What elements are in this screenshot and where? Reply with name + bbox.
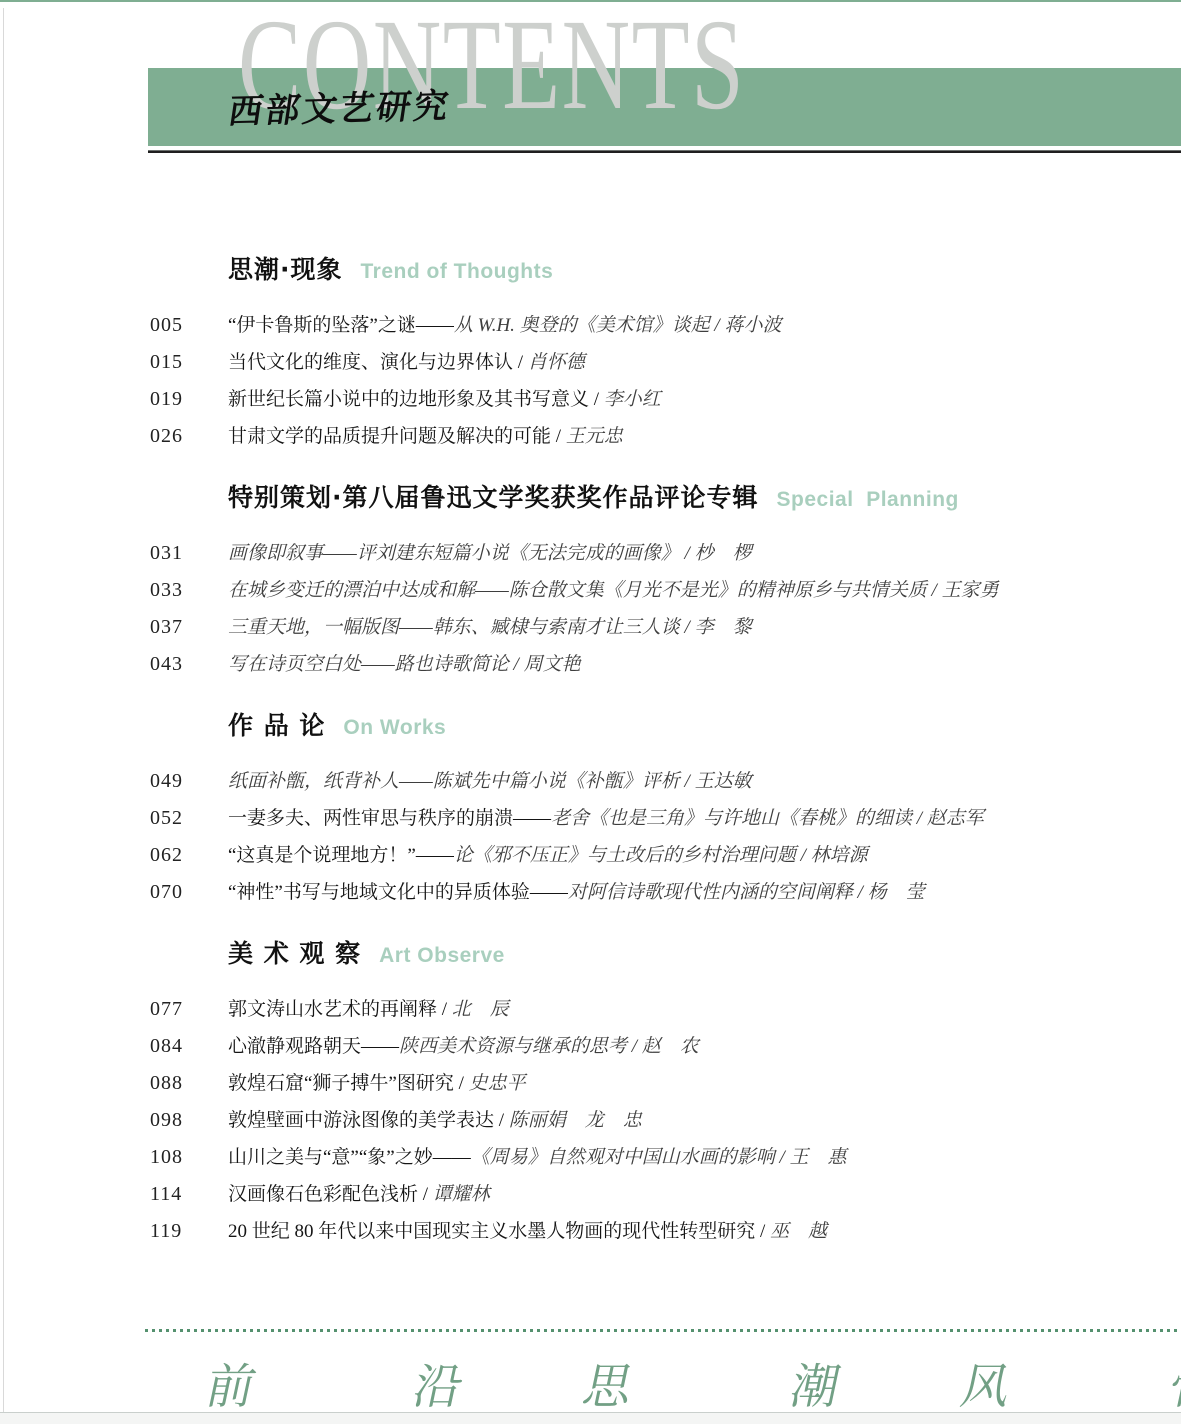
entry-title-segment: 20 世纪 80 年代以来中国现实主义水墨人物画的现代性转型研究 / (228, 1221, 770, 1242)
entry-title: 心澈静观路朝天——陕西美术资源与继承的思考 / 赵 农 (228, 1035, 699, 1058)
entry-title: 一妻多夫、两性审思与秩序的崩溃——老舍《也是三角》与许地山《春桃》的细读 / 赵… (228, 807, 984, 830)
section-title-en: On Works (343, 716, 446, 740)
entry-title: 山川之美与“意”“象”之妙——《周易》自然观对中国山水画的影响 / 王 惠 (228, 1146, 847, 1169)
entry-page-number: 037 (150, 616, 228, 639)
entry-page-number: 114 (150, 1183, 228, 1206)
entry-title-segment: 对阿信诗歌现代性内涵的空间阐释 / 杨 莹 (568, 882, 925, 903)
page-left-edge-line (3, 8, 4, 1424)
entry-page-number: 070 (150, 881, 228, 904)
entry-title-segment: 三重天地，一幅版图——韩东、臧棣与索南才让三人谈 / 李 黎 (228, 617, 752, 638)
toc-entry-row: 033 在城乡变迁的漂泊中达成和解——陈仓散文集《月光不是光》的精神原乡与共情关… (150, 579, 1160, 602)
toc-section: 思潮·现象 Trend of Thoughts 005 “伊卡鲁斯的坠落”之谜—… (150, 250, 1160, 448)
entry-title-segment: 新世纪长篇小说中的边地形象及其书写意义 / (228, 389, 604, 410)
toc-entry-row: 108 山川之美与“意”“象”之妙——《周易》自然观对中国山水画的影响 / 王 … (150, 1146, 1160, 1169)
entry-title-segment: 在城乡变迁的漂泊中达成和解——陈仓散文集《月光不是光》的精神原乡与共情关质 / … (228, 580, 999, 601)
entry-title-segment: 老舍《也是三角》与许地山《春桃》的细读 / 赵志军 (551, 808, 984, 829)
toc-entry-row: 098 敦煌壁画中游泳图像的美学表达 / 陈丽娟 龙 忠 (150, 1109, 1160, 1132)
entry-title-segment: 李小红 (604, 389, 661, 410)
section-title-cn: 特别策划·第八届鲁迅文学奖获奖作品评论专辑 (228, 478, 759, 514)
section-header: 思潮·现象 Trend of Thoughts (228, 250, 1160, 286)
section-title-cn: 美 术 观 察 (228, 934, 361, 970)
entry-title-segment: 北 辰 (452, 999, 509, 1020)
entry-title: 三重天地，一幅版图——韩东、臧棣与索南才让三人谈 / 李 黎 (228, 616, 752, 639)
entry-page-number: 033 (150, 579, 228, 602)
entry-title-segment: 郭文涛山水艺术的再阐释 / (228, 999, 452, 1020)
entry-title-segment: 汉画像石色彩配色浅析 / (228, 1184, 433, 1205)
entry-title-segment: 敦煌壁画中游泳图像的美学表达 / (228, 1110, 509, 1131)
section-entries: 005 “伊卡鲁斯的坠落”之谜——从 W.H. 奥登的《美术馆》谈起 / 蒋小波… (150, 314, 1160, 448)
toc-entry-row: 062 “这真是个说理地方！”——论《邪不压正》与土改后的乡村治理问题 / 林培… (150, 844, 1160, 867)
toc-entry-row: 019 新世纪长篇小说中的边地形象及其书写意义 / 李小红 (150, 388, 1160, 411)
toc: 思潮·现象 Trend of Thoughts 005 “伊卡鲁斯的坠落”之谜—… (150, 250, 1160, 1257)
entry-title-segment: 画像即叙事——评刘建东短篇小说《无法完成的画像》 / 杪 椤 (228, 543, 752, 564)
entry-title: 郭文涛山水艺术的再阐释 / 北 辰 (228, 998, 509, 1021)
toc-entry-row: 026 甘肃文学的品质提升问题及解决的可能 / 王元忠 (150, 425, 1160, 448)
entry-title-segment: 陈丽娟 龙 忠 (509, 1110, 642, 1131)
entry-title-segment: 甘肃文学的品质提升问题及解决的可能 / (228, 426, 566, 447)
journal-contents-page: CONTENTS 西部文艺研究 思潮·现象 Trend of Thoughts … (0, 0, 1181, 1424)
toc-entry-row: 037 三重天地，一幅版图——韩东、臧棣与索南才让三人谈 / 李 黎 (150, 616, 1160, 639)
toc-entry-row: 070 “神性”书写与地域文化中的异质体验——对阿信诗歌现代性内涵的空间阐释 /… (150, 881, 1160, 904)
entry-title: 新世纪长篇小说中的边地形象及其书写意义 / 李小红 (228, 388, 661, 411)
section-title-cn: 思潮·现象 (228, 250, 343, 286)
toc-entry-row: 031 画像即叙事——评刘建东短篇小说《无法完成的画像》 / 杪 椤 (150, 542, 1160, 565)
entry-page-number: 052 (150, 807, 228, 830)
entry-title: 写在诗页空白处——路也诗歌简论 / 周文艳 (228, 653, 581, 676)
entry-title-segment: “神性”书写与地域文化中的异质体验—— (228, 882, 568, 903)
entry-page-number: 108 (150, 1146, 228, 1169)
toc-section: 特别策划·第八届鲁迅文学奖获奖作品评论专辑 Special Planning 0… (150, 478, 1160, 676)
entry-title-segment: 敦煌石窟“狮子搏牛”图研究 / (228, 1073, 469, 1094)
toc-entry-row: 043 写在诗页空白处——路也诗歌简论 / 周文艳 (150, 653, 1160, 676)
entry-page-number: 019 (150, 388, 228, 411)
entry-title-segment: 王元忠 (566, 426, 623, 447)
entry-title: 当代文化的维度、演化与边界体认 / 肖怀德 (228, 351, 585, 374)
entry-page-number: 015 (150, 351, 228, 374)
section-header: 特别策划·第八届鲁迅文学奖获奖作品评论专辑 Special Planning (228, 478, 1160, 514)
entry-title-segment: 陕西美术资源与继承的思考 / 赵 农 (399, 1036, 699, 1057)
entry-page-number: 084 (150, 1035, 228, 1058)
entry-title-segment: 当代文化的维度、演化与边界体认 / (228, 352, 528, 373)
entry-title: 敦煌壁画中游泳图像的美学表达 / 陈丽娟 龙 忠 (228, 1109, 642, 1132)
entry-title-segment: 史忠平 (469, 1073, 526, 1094)
entry-title: 画像即叙事——评刘建东短篇小说《无法完成的画像》 / 杪 椤 (228, 542, 752, 565)
entry-title: “神性”书写与地域文化中的异质体验——对阿信诗歌现代性内涵的空间阐释 / 杨 莹 (228, 881, 925, 904)
section-title-en: Special Planning (777, 488, 959, 512)
section-entries: 049 纸面补甑，纸背补人——陈斌先中篇小说《补甑》评析 / 王达敏 052 一… (150, 770, 1160, 904)
motto-word: 思 潮 (578, 1348, 920, 1417)
entry-title-segment: 论《邪不压正》与土改后的乡村治理问题 / 林培源 (454, 845, 868, 866)
section-title-cn: 作 品 论 (228, 706, 325, 742)
page-bottom-margin (0, 1413, 1181, 1424)
motto-word: 前 沿 (201, 1348, 543, 1417)
section-header: 作 品 论 On Works (228, 706, 1160, 742)
entry-title-segment: 肖怀德 (528, 352, 585, 373)
entry-page-number: 077 (150, 998, 228, 1021)
entry-page-number: 031 (150, 542, 228, 565)
entry-page-number: 088 (150, 1072, 228, 1095)
toc-entry-row: 052 一妻多夫、两性审思与秩序的崩溃——老舍《也是三角》与许地山《春桃》的细读… (150, 807, 1160, 830)
toc-entry-row: 049 纸面补甑，纸背补人——陈斌先中篇小说《补甑》评析 / 王达敏 (150, 770, 1160, 793)
toc-entry-row: 015 当代文化的维度、演化与边界体认 / 肖怀德 (150, 351, 1160, 374)
header-double-rule (148, 150, 1181, 153)
section-header: 美 术 观 察 Art Observe (228, 934, 1160, 970)
footer-dotted-divider (145, 1329, 1181, 1332)
entry-page-number: 005 (150, 314, 228, 337)
entry-title: 甘肃文学的品质提升问题及解决的可能 / 王元忠 (228, 425, 623, 448)
entry-title-segment: 从 W.H. 奥登的《美术馆》谈起 / 蒋小波 (454, 315, 782, 336)
section-entries: 031 画像即叙事——评刘建东短篇小说《无法完成的画像》 / 杪 椤 033 在… (150, 542, 1160, 676)
entry-page-number: 119 (150, 1220, 228, 1243)
entry-title-segment: 谭耀林 (433, 1184, 490, 1205)
toc-entry-row: 084 心澈静观路朝天——陕西美术资源与继承的思考 / 赵 农 (150, 1035, 1160, 1058)
entry-page-number: 043 (150, 653, 228, 676)
toc-section: 作 品 论 On Works 049 纸面补甑，纸背补人——陈斌先中篇小说《补甑… (150, 706, 1160, 904)
section-title-en: Art Observe (379, 944, 505, 968)
entry-page-number: 049 (150, 770, 228, 793)
entry-title: 敦煌石窟“狮子搏牛”图研究 / 史忠平 (228, 1072, 526, 1095)
section-entries: 077 郭文涛山水艺术的再阐释 / 北 辰 084 心澈静观路朝天——陕西美术资… (150, 998, 1160, 1243)
entry-title-segment: 心澈静观路朝天—— (228, 1036, 399, 1057)
entry-title-segment: “这真是个说理地方！”—— (228, 845, 454, 866)
entry-title: 20 世纪 80 年代以来中国现实主义水墨人物画的现代性转型研究 / 巫 越 (228, 1220, 827, 1243)
entry-title-segment: 写在诗页空白处——路也诗歌简论 / 周文艳 (228, 654, 581, 675)
toc-section: 美 术 观 察 Art Observe 077 郭文涛山水艺术的再阐释 / 北 … (150, 934, 1160, 1243)
toc-entry-row: 005 “伊卡鲁斯的坠落”之谜——从 W.H. 奥登的《美术馆》谈起 / 蒋小波 (150, 314, 1160, 337)
entry-title: 在城乡变迁的漂泊中达成和解——陈仓散文集《月光不是光》的精神原乡与共情关质 / … (228, 579, 999, 602)
entry-title-segment: 山川之美与“意”“象”之妙—— (228, 1147, 471, 1168)
footer-motto: 前 沿思 潮风 骨 (208, 1348, 1181, 1417)
entry-title-segment: 纸面补甑，纸背补人——陈斌先中篇小说《补甑》评析 / 王达敏 (228, 771, 752, 792)
section-title-en: Trend of Thoughts (361, 260, 554, 284)
motto-word: 风 骨 (955, 1348, 1181, 1417)
toc-entry-row: 088 敦煌石窟“狮子搏牛”图研究 / 史忠平 (150, 1072, 1160, 1095)
toc-entry-row: 119 20 世纪 80 年代以来中国现实主义水墨人物画的现代性转型研究 / 巫… (150, 1220, 1160, 1243)
entry-page-number: 062 (150, 844, 228, 867)
entry-title-segment: 《周易》自然观对中国山水画的影响 / 王 惠 (471, 1147, 847, 1168)
entry-title: 纸面补甑，纸背补人——陈斌先中篇小说《补甑》评析 / 王达敏 (228, 770, 752, 793)
entry-title-segment: “伊卡鲁斯的坠落”之谜—— (228, 315, 454, 336)
entry-title-segment: 巫 越 (770, 1221, 827, 1242)
entry-title: “这真是个说理地方！”——论《邪不压正》与土改后的乡村治理问题 / 林培源 (228, 844, 868, 867)
entry-title: 汉画像石色彩配色浅析 / 谭耀林 (228, 1183, 490, 1206)
entry-page-number: 026 (150, 425, 228, 448)
entry-title: “伊卡鲁斯的坠落”之谜——从 W.H. 奥登的《美术馆》谈起 / 蒋小波 (228, 314, 781, 337)
toc-entry-row: 077 郭文涛山水艺术的再阐释 / 北 辰 (150, 998, 1160, 1021)
entry-page-number: 098 (150, 1109, 228, 1132)
entry-title-segment: 一妻多夫、两性审思与秩序的崩溃—— (228, 808, 551, 829)
toc-entry-row: 114 汉画像石色彩配色浅析 / 谭耀林 (150, 1183, 1160, 1206)
journal-title-calligraphy: 西部文艺研究 (226, 78, 455, 133)
